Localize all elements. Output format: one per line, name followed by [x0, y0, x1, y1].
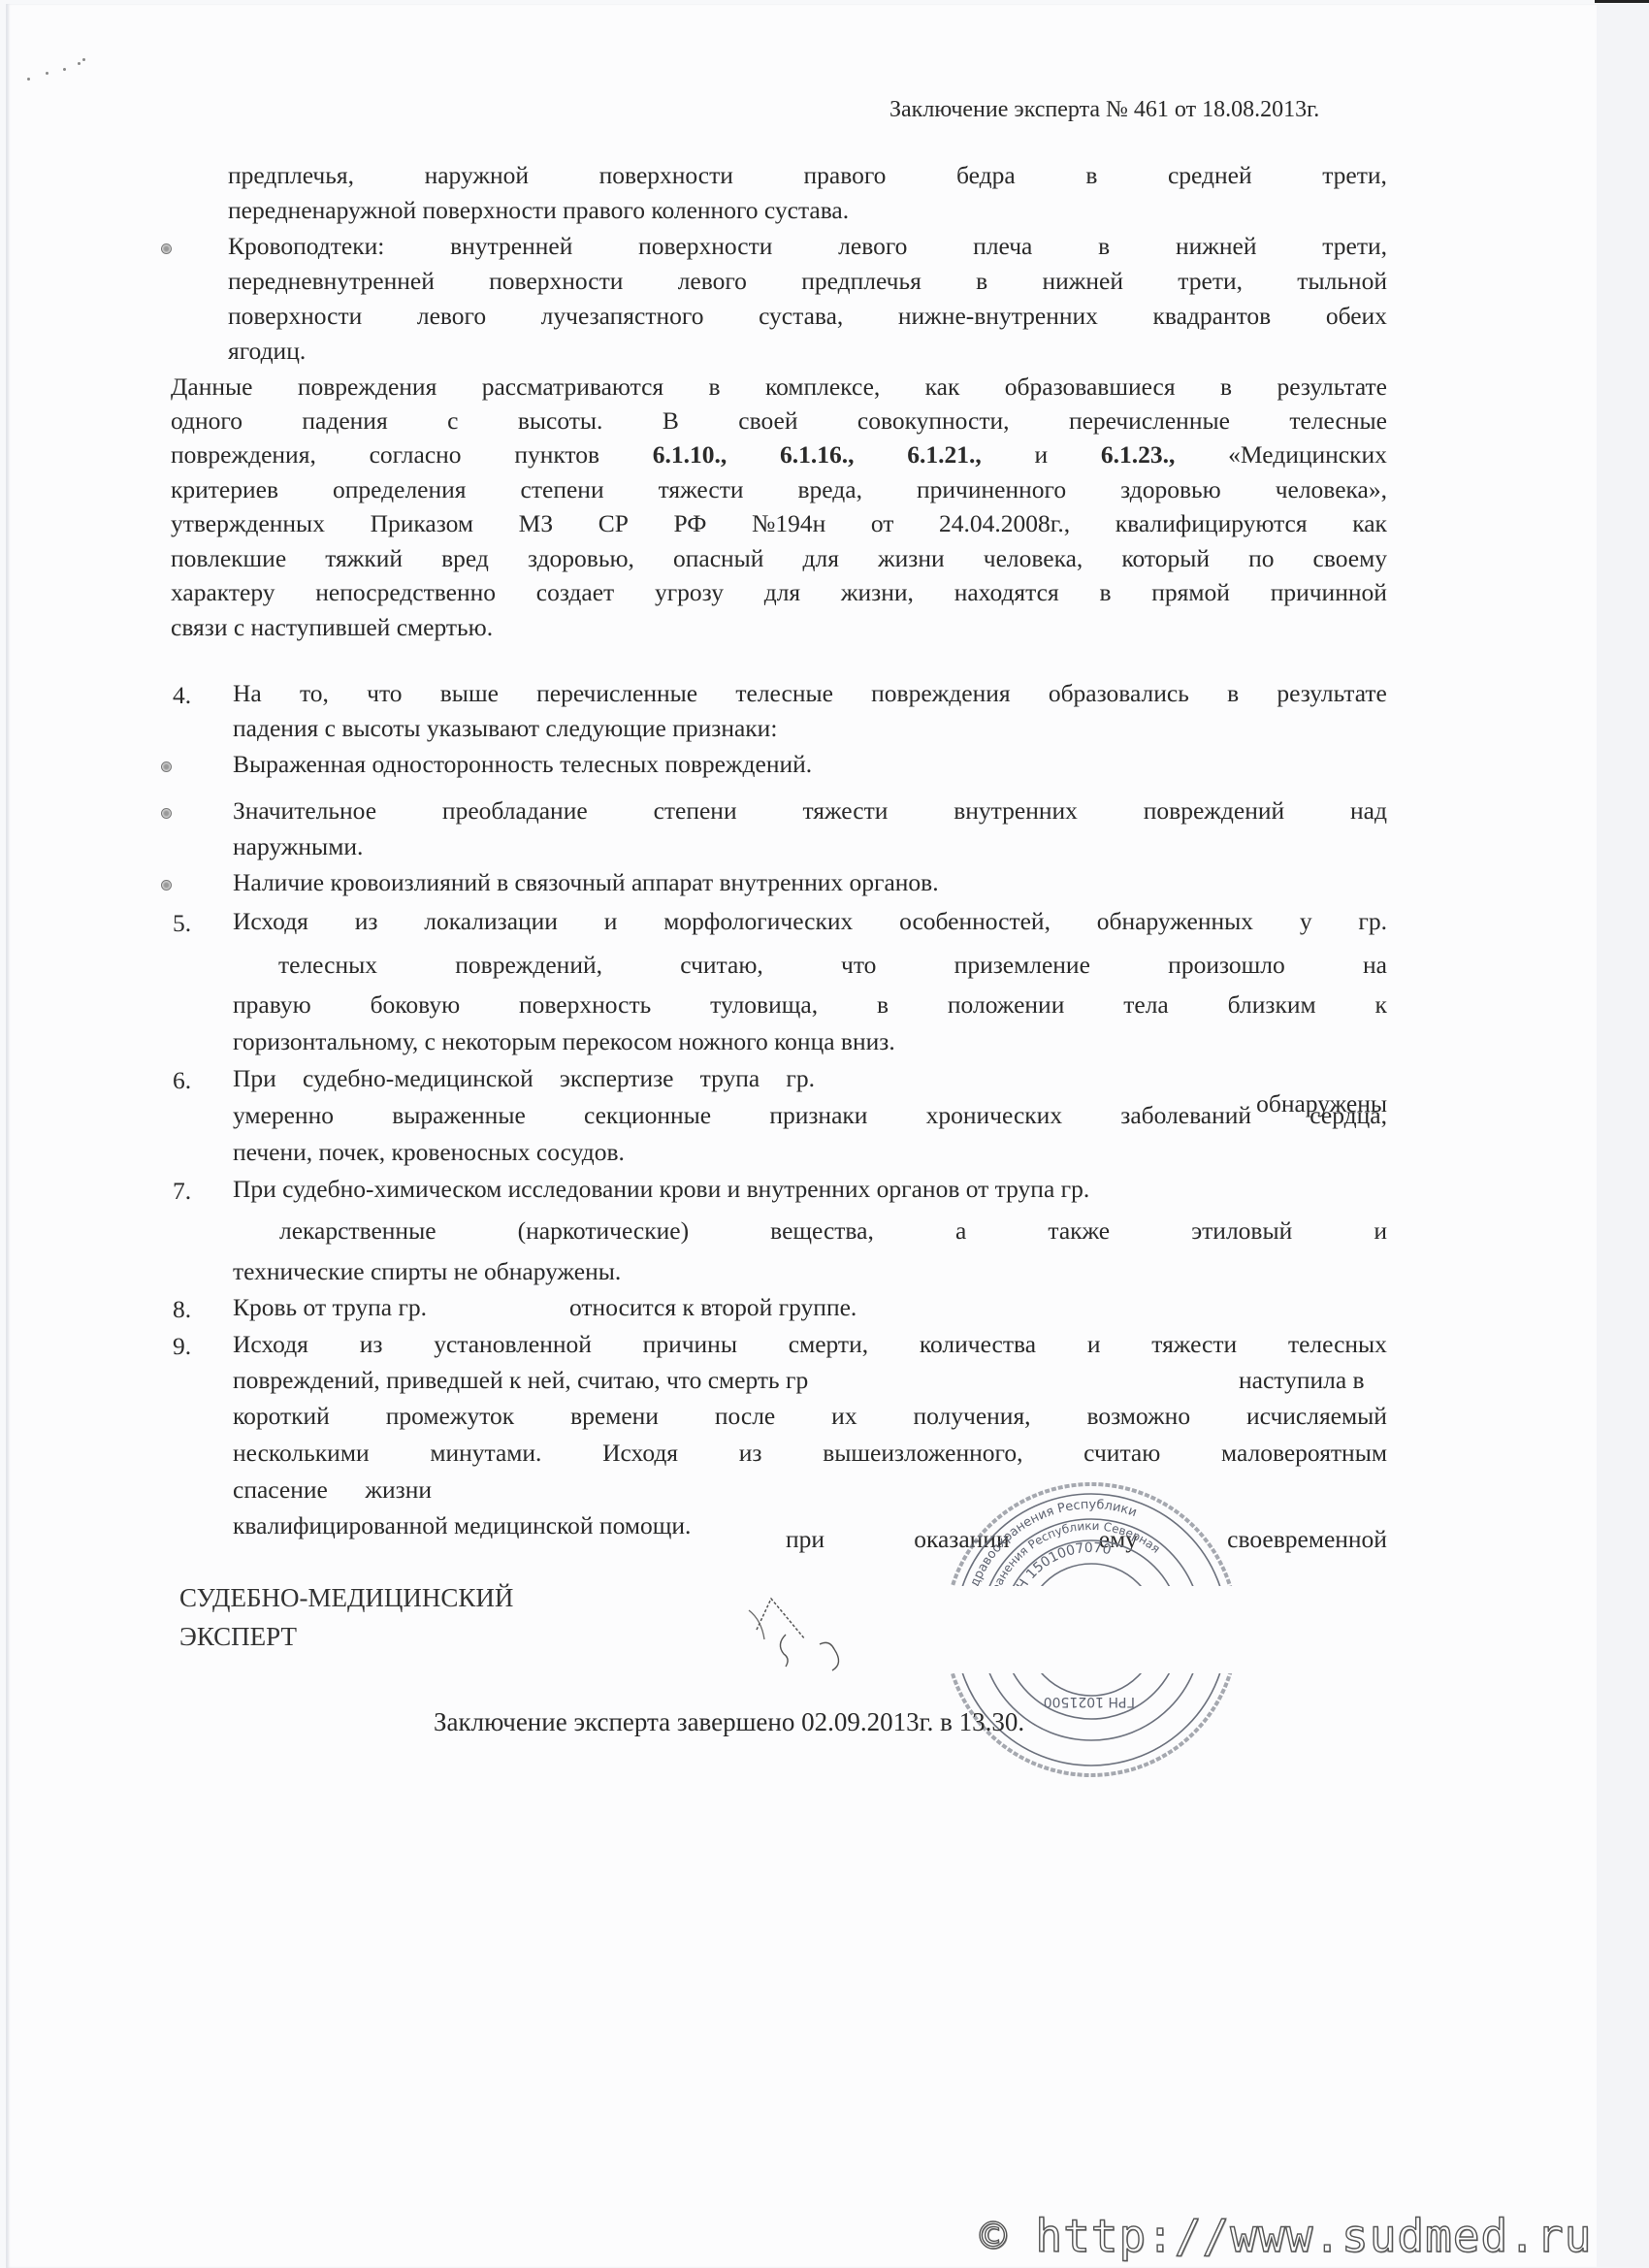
text-line: Выраженная односторонность телесных повр…: [233, 752, 812, 777]
word: поверхности: [228, 304, 362, 329]
signature-image: [737, 1591, 902, 1678]
word: над: [1350, 798, 1387, 824]
text-line: связи с наступившей смертью.: [171, 615, 493, 640]
word: судебно-медицинской: [303, 1066, 533, 1091]
clause-ref: 6.1.23.,: [1101, 442, 1176, 468]
word: внутренних: [954, 798, 1078, 824]
word: по: [1248, 546, 1274, 571]
word: 24.04.2008г.,: [939, 511, 1070, 536]
word: боковую: [371, 992, 461, 1018]
word: трети,: [1322, 163, 1387, 188]
word: поверхность: [519, 992, 651, 1018]
word: тела: [1123, 992, 1169, 1018]
text-line: поверхностилевоголучезапястногосустава,н…: [228, 304, 1387, 329]
word: наружной: [425, 163, 529, 188]
scan-edge-mark: [1595, 0, 1649, 3]
word: средней: [1168, 163, 1252, 188]
word: что: [841, 953, 876, 978]
word: жизни: [365, 1477, 432, 1503]
word: смерти,: [789, 1332, 868, 1357]
word: результате: [1277, 374, 1387, 400]
word: №194н: [752, 511, 825, 536]
redacted-name: [854, 1368, 1067, 1393]
text-line: Значительноепреобладаниестепенитяжестивн…: [233, 798, 1387, 824]
word: бедра: [956, 163, 1016, 188]
word: своей: [738, 408, 797, 434]
redacted-name: [407, 1295, 563, 1320]
bullet-icon: [161, 808, 172, 819]
word: гр.: [1358, 909, 1387, 934]
text-line: повреждения, согласно пунктов 6.1.10., 6…: [171, 442, 1387, 468]
word: лучезапястного: [541, 304, 704, 329]
word: несколькими: [233, 1441, 370, 1466]
word: поверхности: [599, 163, 733, 188]
word: считаю: [1083, 1441, 1160, 1466]
word: в: [1098, 234, 1110, 259]
bullet-icon: [161, 243, 172, 254]
word: в: [1099, 580, 1111, 605]
text-line: Исходяизустановленнойпричинысмерти,колич…: [233, 1332, 1387, 1357]
text-line: умеренновыраженныесекционныепризнакихрон…: [233, 1103, 1387, 1128]
word: минутами.: [430, 1441, 541, 1466]
word: морфологических: [663, 909, 853, 934]
word: человека»,: [1276, 477, 1387, 502]
word: и: [1374, 1218, 1387, 1244]
word: в: [1220, 374, 1232, 400]
word: повреждений: [1144, 798, 1284, 824]
text-line: повреждений, приведшей к ней, считаю, чт…: [233, 1368, 808, 1393]
word: Данные: [171, 374, 252, 400]
word: угрозу: [655, 580, 724, 605]
word: нижне-внутренних: [898, 304, 1098, 329]
word: критериев: [171, 477, 278, 502]
word: сустава,: [759, 304, 843, 329]
word: образовавшиеся: [1005, 374, 1176, 400]
word: лекарственные: [279, 1218, 436, 1244]
text-line: наружными.: [233, 834, 363, 859]
text-line: технические спирты не обнаружены.: [233, 1259, 621, 1284]
word: промежуток: [386, 1404, 514, 1429]
word: их: [831, 1404, 857, 1429]
word: В: [663, 408, 679, 434]
word: утвержденных: [171, 511, 325, 536]
word: «Медицинских: [1228, 442, 1387, 468]
word: спасение: [233, 1477, 328, 1503]
text-line: передненаружной поверхности правого коле…: [228, 198, 849, 223]
word: Кровоподтеки:: [228, 234, 384, 259]
word: возможно: [1086, 1404, 1190, 1429]
word: а: [955, 1218, 966, 1244]
word: левого: [838, 234, 907, 259]
text-line: критериевопределениястепенитяжестивреда,…: [171, 477, 1387, 502]
text-line: ягодиц.: [228, 339, 306, 364]
word: телесные: [1289, 408, 1387, 434]
word: преобладание: [442, 798, 588, 824]
word: квадрантов: [1153, 304, 1272, 329]
completion-note: Заключение эксперта завершено 02.09.2013…: [434, 1709, 1024, 1735]
bullet-icon: [161, 880, 172, 891]
word: что: [367, 681, 402, 706]
text-line: предплечья,наружнойповерхностиправогобед…: [228, 163, 1387, 188]
watermark-link[interactable]: © http://www.sudmed.ru: [980, 2210, 1592, 2262]
word: признаки: [769, 1103, 867, 1128]
word: трети,: [1322, 234, 1387, 259]
text-line: Данныеповреждениярассматриваютсявкомплек…: [171, 374, 1387, 400]
word: маловероятным: [1221, 1441, 1387, 1466]
word: трупа: [700, 1066, 760, 1091]
word: падения: [302, 408, 387, 434]
word: телесных: [278, 953, 377, 978]
word: создает: [536, 580, 614, 605]
word: трети,: [1178, 269, 1243, 294]
word: левого: [678, 269, 747, 294]
word: в: [1227, 681, 1239, 706]
word: повреждения,: [171, 442, 316, 468]
word: из: [355, 909, 378, 934]
word: МЗ: [519, 511, 553, 536]
text-line: наступила в: [1239, 1368, 1365, 1393]
word: тяжести: [802, 798, 888, 824]
word: также: [1048, 1218, 1110, 1244]
word: который: [1121, 546, 1210, 571]
text-line: характерунепосредственносоздаетугрозудля…: [171, 580, 1387, 605]
word: умеренно: [233, 1103, 334, 1128]
word: на: [1363, 953, 1387, 978]
list-number: 8.: [173, 1295, 191, 1324]
word: причиненного: [917, 477, 1066, 502]
word: прямой: [1151, 580, 1230, 605]
text-line: утвержденныхПриказомМЗСРРФ№194нот24.04.2…: [171, 511, 1387, 536]
word: исчисляемый: [1246, 1404, 1387, 1429]
word: для: [764, 580, 800, 605]
word: результате: [1277, 681, 1387, 706]
list-number: 5.: [173, 909, 191, 938]
word: образовались: [1049, 681, 1189, 706]
bullet-icon: [161, 761, 172, 772]
word: перечисленные: [536, 681, 697, 706]
word: причинной: [1271, 580, 1387, 605]
word: локализации: [424, 909, 558, 934]
word: поверхности: [638, 234, 772, 259]
word: внутренней: [450, 234, 572, 259]
word: пунктов: [514, 442, 599, 468]
word: после: [715, 1404, 775, 1429]
list-number: 6.: [173, 1066, 191, 1095]
document-header: Заключение эксперта № 461 от 18.08.2013г…: [889, 97, 1319, 123]
word: гр.: [786, 1066, 815, 1091]
text-line: правуюбоковуюповерхностьтуловища,вположе…: [233, 992, 1387, 1018]
word: для: [803, 546, 839, 571]
text-line: печени, почек, кровеносных сосудов.: [233, 1140, 625, 1165]
word: левого: [417, 304, 486, 329]
text-line: Нато,чтовышеперечисленныетелесныеповрежд…: [233, 681, 1387, 706]
word: телесные: [735, 681, 833, 706]
text-line: квалифицированной медицинской помощи.: [233, 1513, 691, 1539]
word: Исходя: [233, 909, 308, 934]
word: нижней: [1176, 234, 1257, 259]
word: туловища,: [710, 992, 818, 1018]
word: этиловый: [1191, 1218, 1292, 1244]
word: РФ: [674, 511, 707, 536]
word: из: [360, 1332, 383, 1357]
word: в: [976, 269, 987, 294]
word: тяжести: [1151, 1332, 1237, 1357]
text-line: относится к второй группе.: [569, 1295, 857, 1320]
stamp-text: ГРН 1021500: [1044, 1694, 1135, 1709]
word: своему: [1313, 546, 1387, 571]
word: предплечья,: [228, 163, 354, 188]
word: определения: [333, 477, 467, 502]
word: одного: [171, 408, 242, 434]
word: с: [447, 408, 458, 434]
word: количества: [920, 1332, 1036, 1357]
word: считаю,: [680, 953, 762, 978]
official-stamp: ение здравоохранения Республики воохране…: [931, 1470, 1251, 1790]
word: как: [925, 374, 960, 400]
word: и: [604, 909, 618, 934]
word: повреждений,: [455, 953, 602, 978]
word: приземление: [954, 953, 1090, 978]
word: и: [1035, 442, 1049, 468]
word: правую: [233, 992, 311, 1018]
word: вреда,: [798, 477, 862, 502]
word: Исходя: [233, 1332, 308, 1357]
word: жизни: [878, 546, 945, 571]
word: обеих: [1326, 304, 1387, 329]
word: при: [786, 1527, 824, 1552]
word: произошло: [1168, 953, 1285, 978]
text-line: Кровь от трупа гр.: [233, 1295, 427, 1320]
word: сердца,: [1309, 1103, 1387, 1128]
list-number: 4.: [173, 681, 191, 710]
word: в: [1085, 163, 1097, 188]
clause-ref: 6.1.10.,: [653, 442, 727, 468]
text-line: несколькимиминутами.Исходяизвышеизложенн…: [233, 1441, 1387, 1466]
word: тяжести: [659, 477, 744, 502]
word: СР: [598, 511, 629, 536]
text-line: передневнутреннейповерхностилевогопредпл…: [228, 269, 1387, 294]
word: заболеваний: [1120, 1103, 1251, 1128]
word: выраженные: [392, 1103, 526, 1128]
text-line: горизонтальному, с некоторым перекосом н…: [233, 1029, 895, 1054]
word: то,: [300, 681, 329, 706]
word: вред: [441, 546, 489, 571]
word: предплечья: [801, 269, 921, 294]
expert-title-line1: СУДЕБНО-МЕДИЦИНСКИЙ: [179, 1583, 513, 1613]
word: телесных: [1288, 1332, 1387, 1357]
word: как: [1352, 511, 1387, 536]
word: от: [871, 511, 894, 536]
word: повреждения: [871, 681, 1010, 706]
word: человека,: [984, 546, 1083, 571]
word: степени: [521, 477, 604, 502]
word: опасный: [673, 546, 763, 571]
word: жизни,: [841, 580, 914, 605]
word: здоровью,: [528, 546, 634, 571]
word: короткий: [233, 1404, 330, 1429]
expert-title-line2: ЭКСПЕРТ: [179, 1622, 297, 1652]
word: в: [709, 374, 721, 400]
clause-ref: 6.1.16.,: [780, 442, 855, 468]
word: нижней: [1042, 269, 1123, 294]
word: На: [233, 681, 262, 706]
text-segment: спасениежизни: [233, 1477, 432, 1503]
word: близким: [1228, 992, 1316, 1018]
text-line: Кровоподтеки:внутреннейповерхностилевого…: [228, 234, 1387, 259]
text-line: падения с высоты указывают следующие при…: [233, 716, 777, 741]
text-line: Наличие кровоизлияний в связочный аппара…: [233, 870, 939, 895]
word: степени: [654, 798, 737, 824]
word: положении: [948, 992, 1064, 1018]
word: выше: [440, 681, 499, 706]
word: повреждения: [298, 374, 436, 400]
word: и: [1087, 1332, 1101, 1357]
word: обнаруженных: [1097, 909, 1253, 934]
word: здоровью: [1120, 477, 1221, 502]
word: повлекшие: [171, 546, 286, 571]
word: причины: [643, 1332, 737, 1357]
word: рассматриваются: [482, 374, 663, 400]
word: хронических: [926, 1103, 1062, 1128]
text-line: короткийпромежутоквременипослеихполучени…: [233, 1404, 1387, 1429]
text-line: одногопадениясвысоты.Всвоейсовокупности,…: [171, 408, 1387, 434]
word: особенностей,: [899, 909, 1051, 934]
word: секционные: [584, 1103, 711, 1128]
word: согласно: [370, 442, 462, 468]
word: вышеизложенного,: [823, 1441, 1022, 1466]
list-number: 7.: [173, 1177, 191, 1206]
word: в: [877, 992, 889, 1018]
word: находятся: [954, 580, 1059, 605]
word: высоты.: [518, 408, 603, 434]
word: правого: [804, 163, 887, 188]
text-line: лекарственные(наркотические)вещества,ата…: [279, 1218, 1387, 1244]
text-line: Исходяизлокализациииморфологическихособе…: [233, 909, 1387, 934]
word: перечисленные: [1069, 408, 1230, 434]
word: тыльной: [1297, 269, 1387, 294]
list-number: 9.: [173, 1332, 191, 1361]
clause-ref: 6.1.21.,: [907, 442, 982, 468]
word: передневнутренней: [228, 269, 435, 294]
text-segment: Присудебно-медицинскойэкспертизетрупагр.: [233, 1066, 815, 1091]
word: к: [1375, 992, 1387, 1018]
word: совокупности,: [857, 408, 1010, 434]
word: времени: [570, 1404, 659, 1429]
word: характеру: [171, 580, 275, 605]
word: комплексе,: [765, 374, 880, 400]
word: непосредственно: [315, 580, 496, 605]
word: Исходя: [602, 1441, 678, 1466]
word: квалифицируются: [1115, 511, 1308, 536]
word: тяжкий: [325, 546, 403, 571]
word: экспертизе: [560, 1066, 674, 1091]
word: установленной: [434, 1332, 592, 1357]
word: у: [1300, 909, 1312, 934]
text-line: телесныхповреждений,считаю,чтоприземлени…: [278, 953, 1387, 978]
scan-background: [1597, 0, 1649, 2268]
word: вещества,: [770, 1218, 874, 1244]
scan-artifact: [24, 58, 102, 87]
word: из: [739, 1441, 762, 1466]
word: Значительное: [233, 798, 376, 824]
word: Приказом: [371, 511, 473, 536]
text-line: При судебно-химическом исследовании кров…: [233, 1177, 1089, 1202]
text-line: повлекшиетяжкийвредздоровью,опасныйдляжи…: [171, 546, 1387, 571]
word: плеча: [973, 234, 1032, 259]
word: (наркотические): [518, 1218, 689, 1244]
word: поверхности: [489, 269, 623, 294]
word: получения,: [913, 1404, 1030, 1429]
word: При: [233, 1066, 276, 1091]
